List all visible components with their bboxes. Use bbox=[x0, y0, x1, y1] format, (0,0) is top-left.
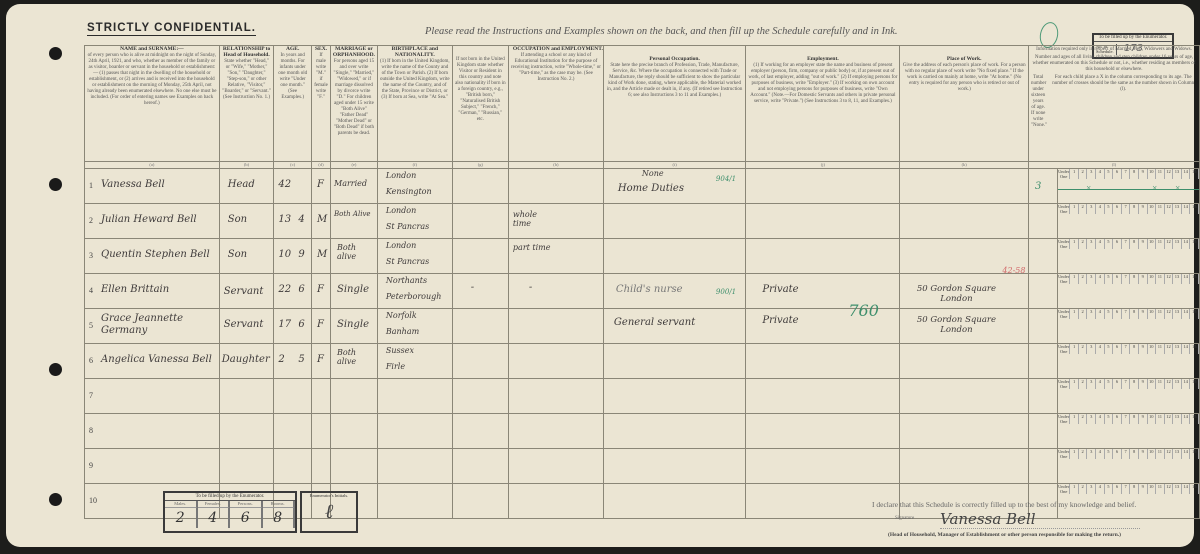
age-col: 9 bbox=[1139, 169, 1148, 179]
col-no: (g) bbox=[452, 162, 508, 169]
age-col: 11 bbox=[1156, 379, 1165, 389]
signature-label: Signature bbox=[895, 516, 914, 521]
age-col: 1 bbox=[1070, 309, 1079, 319]
education: part time bbox=[513, 243, 553, 252]
age-col: 10 bbox=[1148, 379, 1157, 389]
age-col: 8 bbox=[1130, 484, 1139, 494]
person-name: Julian Heward Bell bbox=[101, 214, 197, 225]
table-row: 8Under One123456789101112131415 bbox=[85, 414, 1200, 449]
age-col: 8 bbox=[1130, 414, 1139, 424]
sex: F bbox=[317, 284, 324, 295]
age-col: 3 bbox=[1087, 204, 1096, 214]
age-col: 5 bbox=[1105, 484, 1114, 494]
marriage-status: Single bbox=[337, 319, 369, 330]
age-col: 10 bbox=[1148, 414, 1157, 424]
age-col: 12 bbox=[1165, 309, 1174, 319]
table-row: 6Angelica Vanessa Bell Daughter 25 F Bot… bbox=[85, 344, 1200, 379]
age-col: 7 bbox=[1122, 414, 1131, 424]
education: whole time bbox=[513, 210, 553, 228]
age-col: 10 bbox=[1148, 274, 1157, 284]
age-col: 14 bbox=[1182, 344, 1191, 354]
col-h-text: If attending a school or any kind of Edu… bbox=[509, 52, 603, 84]
birthplace-county: London bbox=[386, 241, 416, 250]
age-col: 4 bbox=[1096, 169, 1105, 179]
punch-hole bbox=[49, 47, 62, 60]
age-months: 6 bbox=[298, 319, 304, 330]
age-col: 7 bbox=[1122, 204, 1131, 214]
age-col: 11 bbox=[1156, 274, 1165, 284]
age-col: 3 bbox=[1087, 379, 1096, 389]
sex: M bbox=[317, 249, 327, 260]
fill-instructions: Please read the Instructions and Example… bbox=[425, 26, 898, 37]
row-number: 9 bbox=[89, 461, 93, 470]
rooms-label: Rooms. bbox=[263, 501, 295, 508]
age-col: 4 bbox=[1096, 484, 1105, 494]
age-months: 5 bbox=[298, 354, 304, 365]
column-number-row: (a) (b) (c) (d) (e) (f) (g) (h) (i) (j) … bbox=[85, 162, 1200, 169]
age-col: 8 bbox=[1130, 169, 1139, 179]
col-no: (k) bbox=[900, 162, 1029, 169]
age-col: 10 bbox=[1148, 204, 1157, 214]
age-col: 11 bbox=[1156, 344, 1165, 354]
col-e-title: MARRIAGE or ORPHANHOOD. bbox=[331, 46, 377, 58]
table-row: 7Under One123456789101112131415 bbox=[85, 379, 1200, 414]
age-col: 1 bbox=[1070, 239, 1079, 249]
age-col: 13 bbox=[1173, 449, 1182, 459]
age-under-one: Under One bbox=[1058, 309, 1070, 319]
age-col: 2 bbox=[1079, 484, 1088, 494]
age-grid: Under One123456789101112131415 bbox=[1058, 169, 1199, 179]
age-col: 15 bbox=[1190, 274, 1199, 284]
age-col: 2 bbox=[1079, 344, 1088, 354]
age-col: 4 bbox=[1096, 414, 1105, 424]
birthplace-town: Kensington bbox=[386, 187, 432, 196]
row-number: 5 bbox=[89, 321, 93, 330]
age-col: 15 bbox=[1190, 449, 1199, 459]
age-col: 9 bbox=[1139, 414, 1148, 424]
table-row: 4Ellen Brittain Servant 226 F Single Nor… bbox=[85, 274, 1200, 309]
age-col: 15 bbox=[1190, 414, 1199, 424]
signature: Vanessa Bell bbox=[940, 510, 1140, 529]
age-col: 15 bbox=[1190, 204, 1199, 214]
table-row: 3Quentin Stephen Bell Son 109 M Both ali… bbox=[85, 239, 1200, 274]
signature-subtext: (Head of Household, Manager of Establish… bbox=[888, 532, 1121, 538]
age-col: 10 bbox=[1148, 449, 1157, 459]
age-col: 6 bbox=[1113, 344, 1122, 354]
age-col: 9 bbox=[1139, 379, 1148, 389]
children-total: 3 bbox=[1035, 181, 1041, 192]
age-col: 2 bbox=[1079, 204, 1088, 214]
col-l-total-text: Total number under sixteen years of age.… bbox=[1029, 74, 1047, 130]
age-col: 12 bbox=[1165, 204, 1174, 214]
age-col: 14 bbox=[1182, 204, 1191, 214]
age-col: 2 bbox=[1079, 239, 1088, 249]
age-col: 3 bbox=[1087, 309, 1096, 319]
employer: Private bbox=[762, 315, 798, 326]
age-col: 2 bbox=[1079, 449, 1088, 459]
age-col: 11 bbox=[1156, 239, 1165, 249]
marriage-status: Both alive bbox=[337, 348, 367, 366]
age-col: 13 bbox=[1173, 204, 1182, 214]
age-months: 9 bbox=[298, 249, 304, 260]
age-col: 11 bbox=[1156, 449, 1165, 459]
age-col: 14 bbox=[1182, 379, 1191, 389]
marriage-status: Both alive bbox=[337, 243, 367, 261]
col-no: (l) bbox=[1028, 162, 1199, 169]
col-l-title: Information required only in respect of … bbox=[1029, 46, 1199, 54]
row-number: 7 bbox=[89, 391, 93, 400]
age-col: 1 bbox=[1070, 169, 1079, 179]
age-col: 11 bbox=[1156, 414, 1165, 424]
col-b-title: RELATIONSHIP to Head of Household. bbox=[220, 46, 274, 58]
age-col: 13 bbox=[1173, 344, 1182, 354]
row-number: 4 bbox=[89, 286, 93, 295]
age-col: 4 bbox=[1096, 274, 1105, 284]
age-col: 14 bbox=[1182, 414, 1191, 424]
birthplace-town: St Pancras bbox=[386, 222, 429, 231]
age-col: 10 bbox=[1148, 169, 1157, 179]
age-col: 6 bbox=[1113, 309, 1122, 319]
age-col: 1 bbox=[1070, 414, 1079, 424]
age-col: 12 bbox=[1165, 274, 1174, 284]
age-col: 15 bbox=[1190, 344, 1199, 354]
age-col: 5 bbox=[1105, 239, 1114, 249]
birthplace-county: London bbox=[386, 206, 416, 215]
census-table: NAME and SURNAME:—of every person who is… bbox=[84, 45, 1200, 519]
age-months: 4 bbox=[298, 214, 304, 225]
punch-hole bbox=[49, 493, 62, 506]
age-col: 15 bbox=[1190, 379, 1199, 389]
age-col: 10 bbox=[1148, 239, 1157, 249]
col-no: (b) bbox=[219, 162, 274, 169]
col-a-text: of every person who is alive at midnight… bbox=[85, 52, 219, 108]
coding-mark: 42-58 bbox=[1002, 266, 1025, 275]
age-col: 11 bbox=[1156, 484, 1165, 494]
sex: F bbox=[317, 319, 324, 330]
age-col: 10 bbox=[1148, 309, 1157, 319]
occupation-code: 904/1 bbox=[716, 175, 736, 183]
birthplace-county: Sussex bbox=[386, 346, 414, 355]
age-col: 1 bbox=[1070, 274, 1079, 284]
age-under-one: Under One bbox=[1058, 414, 1070, 424]
age-col: 9 bbox=[1139, 449, 1148, 459]
occupation: Child's nurse bbox=[616, 284, 683, 295]
age-col: 13 bbox=[1173, 414, 1182, 424]
age-col: 2 bbox=[1079, 169, 1088, 179]
females-count: 4 bbox=[198, 508, 230, 528]
row-number: 10 bbox=[89, 496, 97, 505]
age-under-one: Under One bbox=[1058, 204, 1070, 214]
males-label: Males. bbox=[165, 501, 197, 508]
workplace: 50 Gordon Square London bbox=[906, 284, 1006, 304]
age-col: 9 bbox=[1139, 309, 1148, 319]
age-col: 13 bbox=[1173, 309, 1182, 319]
col-no: (f) bbox=[377, 162, 452, 169]
age-col: 9 bbox=[1139, 344, 1148, 354]
col-d-text: If male write "M." if female write "F." bbox=[312, 52, 330, 102]
occupation: Home Duties bbox=[618, 183, 684, 194]
age-col: 5 bbox=[1105, 309, 1114, 319]
col-l-child-text: For each child place a X in the column c… bbox=[1047, 74, 1199, 130]
col-c-text: In years and months. For infants under o… bbox=[274, 52, 311, 102]
age-col: 12 bbox=[1165, 379, 1174, 389]
age-col: 14 bbox=[1182, 449, 1191, 459]
declaration-text: I declare that this Schedule is correctl… bbox=[872, 500, 1136, 509]
age-col: 13 bbox=[1173, 484, 1182, 494]
age-col: 15 bbox=[1190, 484, 1199, 494]
age-col: 9 bbox=[1139, 484, 1148, 494]
age-col: 6 bbox=[1113, 449, 1122, 459]
age-col: 12 bbox=[1165, 484, 1174, 494]
age-years: 17 bbox=[278, 319, 291, 330]
occupation: General servant bbox=[614, 317, 695, 328]
col-f-text: (1) If born in the United Kingdom, write… bbox=[378, 58, 452, 102]
age-col: 4 bbox=[1096, 239, 1105, 249]
col-e-text: For persons aged 15 and over write "Sing… bbox=[331, 58, 377, 138]
age-grid: Under One123456789101112131415 bbox=[1058, 204, 1199, 214]
age-col: 1 bbox=[1070, 449, 1079, 459]
age-col: 14 bbox=[1182, 484, 1191, 494]
table-row: 9Under One123456789101112131415 bbox=[85, 449, 1200, 484]
col-no: (a) bbox=[85, 162, 220, 169]
row-number: 8 bbox=[89, 426, 93, 435]
age-col: 2 bbox=[1079, 309, 1088, 319]
row-number: 6 bbox=[89, 356, 93, 365]
age-col: 6 bbox=[1113, 414, 1122, 424]
age-grid: Under One123456789101112131415 bbox=[1058, 449, 1199, 459]
child-cross-icon: × bbox=[1152, 183, 1157, 193]
col-j-text: (1) If working for an employer state the… bbox=[746, 62, 899, 106]
age-grid: Under One123456789101112131415 bbox=[1058, 484, 1199, 494]
header-row: NAME and SURNAME:—of every person who is… bbox=[85, 46, 1200, 162]
table-row: 2Julian Heward Bell Son 134 M Both Alive… bbox=[85, 204, 1200, 239]
age-col: 4 bbox=[1096, 379, 1105, 389]
age-col: 15 bbox=[1190, 309, 1199, 319]
age-years: 2 bbox=[278, 354, 284, 365]
employment-code: 760 bbox=[848, 301, 879, 320]
enumerator-initials-box: Enumerator's Initials. ℓ bbox=[300, 491, 358, 533]
age-col: 4 bbox=[1096, 344, 1105, 354]
col-no: (d) bbox=[312, 162, 331, 169]
age-col: 14 bbox=[1182, 274, 1191, 284]
age-col: 11 bbox=[1156, 309, 1165, 319]
age-col: 8 bbox=[1130, 379, 1139, 389]
age-col: 12 bbox=[1165, 169, 1174, 179]
marriage-status: Single bbox=[337, 284, 369, 295]
age-col: 2 bbox=[1079, 414, 1088, 424]
col-no: (c) bbox=[274, 162, 312, 169]
age-under-one: Under One bbox=[1058, 379, 1070, 389]
age-col: 5 bbox=[1105, 379, 1114, 389]
age-col: 6 bbox=[1113, 274, 1122, 284]
occupation-note: None bbox=[642, 169, 664, 178]
col-b-text: State whether "Head," or "Wife," "Mother… bbox=[220, 58, 274, 102]
age-col: 14 bbox=[1182, 239, 1191, 249]
age-col: 3 bbox=[1087, 414, 1096, 424]
age-col: 5 bbox=[1105, 274, 1114, 284]
occupation-code: 900/1 bbox=[716, 288, 736, 296]
birthplace-town: Banham bbox=[386, 327, 419, 336]
relationship: Head bbox=[228, 179, 255, 190]
females-label: Females. bbox=[198, 501, 230, 508]
initials-signature: ℓ bbox=[302, 498, 356, 524]
age-col: 8 bbox=[1130, 449, 1139, 459]
education: - bbox=[529, 282, 532, 293]
employer: Private bbox=[762, 284, 798, 295]
age-col: 3 bbox=[1087, 449, 1096, 459]
birthplace-town: Firle bbox=[386, 362, 405, 371]
child-cross-icon: × bbox=[1175, 183, 1180, 193]
row-number: 3 bbox=[89, 251, 93, 260]
age-col: 7 bbox=[1122, 274, 1131, 284]
age-col: 6 bbox=[1113, 484, 1122, 494]
sex: M bbox=[317, 214, 327, 225]
col-g-text: If not born in the United Kingdom state … bbox=[453, 56, 508, 124]
relationship: Daughter bbox=[222, 354, 270, 365]
age-col: 7 bbox=[1122, 379, 1131, 389]
age-col: 4 bbox=[1096, 204, 1105, 214]
age-col: 8 bbox=[1130, 274, 1139, 284]
marriage-status: Married bbox=[334, 179, 367, 188]
age-col: 10 bbox=[1148, 344, 1157, 354]
birthplace-county: London bbox=[386, 171, 416, 180]
birthplace-town: St Pancras bbox=[386, 257, 429, 266]
age-under-one: Under One bbox=[1058, 449, 1070, 459]
col-k-text: Give the address of each person's place … bbox=[900, 62, 1028, 94]
relationship: Servant bbox=[224, 286, 264, 297]
age-col: 2 bbox=[1079, 379, 1088, 389]
age-under-one: Under One bbox=[1058, 169, 1070, 179]
birthplace-town: Peterborough bbox=[386, 292, 442, 301]
age-col: 3 bbox=[1087, 344, 1096, 354]
age-col: 9 bbox=[1139, 274, 1148, 284]
age-col: 3 bbox=[1087, 484, 1096, 494]
persons-label: Persons. bbox=[230, 501, 262, 508]
age-col: 13 bbox=[1173, 239, 1182, 249]
age-col: 14 bbox=[1182, 309, 1191, 319]
age-grid: Under One123456789101112131415 bbox=[1058, 274, 1199, 284]
age-years: 10 bbox=[278, 249, 291, 260]
punch-hole bbox=[49, 178, 62, 191]
persons-count: 6 bbox=[230, 508, 262, 528]
age-grid: Under One123456789101112131415 bbox=[1058, 414, 1199, 424]
age-col: 14 bbox=[1182, 169, 1191, 179]
punch-hole bbox=[49, 363, 62, 376]
age-col: 7 bbox=[1122, 484, 1131, 494]
table-row: 1Vanessa Bell Head 42 F Married LondonKe… bbox=[85, 169, 1200, 204]
age-col: 13 bbox=[1173, 169, 1182, 179]
age-col: 7 bbox=[1122, 309, 1131, 319]
age-col: 4 bbox=[1096, 309, 1105, 319]
age-col: 8 bbox=[1130, 309, 1139, 319]
age-col: 1 bbox=[1070, 484, 1079, 494]
age-col: 8 bbox=[1130, 239, 1139, 249]
age-under-one: Under One bbox=[1058, 484, 1070, 494]
age-years: 13 bbox=[278, 214, 291, 225]
person-name: Vanessa Bell bbox=[101, 179, 165, 190]
age-grid: Under One123456789101112131415 bbox=[1058, 344, 1199, 354]
sex: F bbox=[317, 179, 324, 190]
males-count: 2 bbox=[165, 508, 197, 528]
age-col: 6 bbox=[1113, 379, 1122, 389]
age-col: 10 bbox=[1148, 484, 1157, 494]
relationship: Servant bbox=[224, 319, 264, 330]
age-years: 22 bbox=[278, 284, 291, 295]
person-name: Angelica Vanessa Bell bbox=[101, 354, 212, 365]
table-row: 5Grace Jeannette Germany Servant 176 F S… bbox=[85, 309, 1200, 344]
age-col: 5 bbox=[1105, 169, 1114, 179]
age-under-one: Under One bbox=[1058, 344, 1070, 354]
age-col: 8 bbox=[1130, 344, 1139, 354]
workplace: 50 Gordon Square London bbox=[906, 315, 1006, 335]
age-grid: Under One123456789101112131415 bbox=[1058, 309, 1199, 319]
age-col: 6 bbox=[1113, 239, 1122, 249]
age-col: 9 bbox=[1139, 204, 1148, 214]
form-heading: STRICTLY CONFIDENTIAL. bbox=[87, 22, 256, 36]
age-col: 12 bbox=[1165, 414, 1174, 424]
row-number: 1 bbox=[89, 181, 93, 190]
col-no: (j) bbox=[746, 162, 900, 169]
age-col: 6 bbox=[1113, 204, 1122, 214]
age-col: 7 bbox=[1122, 449, 1131, 459]
relationship: Son bbox=[228, 249, 247, 260]
schedule-box-title: To be filled up by the Enumerator. bbox=[1094, 35, 1172, 42]
age-col: 13 bbox=[1173, 274, 1182, 284]
sex: F bbox=[317, 354, 324, 365]
person-name: Quentin Stephen Bell bbox=[101, 249, 210, 260]
col-f-title: BIRTHPLACE and NATIONALITY. bbox=[378, 46, 452, 58]
age-col: 5 bbox=[1105, 204, 1114, 214]
age-col: 7 bbox=[1122, 239, 1131, 249]
age-col: 7 bbox=[1122, 169, 1131, 179]
enumerator-totals-box: To be filled up by the Enumerator. Males… bbox=[163, 491, 297, 533]
age-col: 7 bbox=[1122, 344, 1131, 354]
age-grid: Under One123456789101112131415 bbox=[1058, 379, 1199, 389]
age-col: 12 bbox=[1165, 449, 1174, 459]
marriage-status: Both Alive bbox=[334, 210, 371, 218]
age-col: 2 bbox=[1079, 274, 1088, 284]
col-no: (h) bbox=[508, 162, 603, 169]
age-col: 11 bbox=[1156, 169, 1165, 179]
age-col: 3 bbox=[1087, 239, 1096, 249]
col-l-text: Number and ages of all living children a… bbox=[1029, 54, 1199, 74]
age-months: 6 bbox=[298, 284, 304, 295]
age-col: 5 bbox=[1105, 344, 1114, 354]
row-number: 2 bbox=[89, 216, 93, 225]
age-under-one: Under One bbox=[1058, 239, 1070, 249]
age-col: 8 bbox=[1130, 204, 1139, 214]
person-name: Ellen Brittain bbox=[101, 284, 169, 295]
age-years: 42 bbox=[278, 179, 291, 190]
enumerator-box-title: To be filled up by the Enumerator. bbox=[165, 493, 295, 501]
occupation-group-title: OCCUPATION and EMPLOYMENT. bbox=[509, 46, 603, 52]
age-col: 12 bbox=[1165, 344, 1174, 354]
age-col: 15 bbox=[1190, 169, 1199, 179]
col-i-text: State here the precise branch of Profess… bbox=[604, 62, 745, 100]
age-under-one: Under One bbox=[1058, 274, 1070, 284]
col-no: (e) bbox=[331, 162, 378, 169]
age-col: 3 bbox=[1087, 169, 1096, 179]
rooms-count: 8 bbox=[263, 508, 295, 528]
person-name: Grace Jeannette Germany bbox=[101, 313, 221, 337]
age-col: 11 bbox=[1156, 204, 1165, 214]
age-col: 1 bbox=[1070, 379, 1079, 389]
age-grid: Under One123456789101112131415 bbox=[1058, 239, 1199, 249]
age-col: 9 bbox=[1139, 239, 1148, 249]
nationality: - bbox=[471, 282, 474, 293]
age-col: 5 bbox=[1105, 449, 1114, 459]
birthplace-county: Norfolk bbox=[386, 311, 417, 320]
